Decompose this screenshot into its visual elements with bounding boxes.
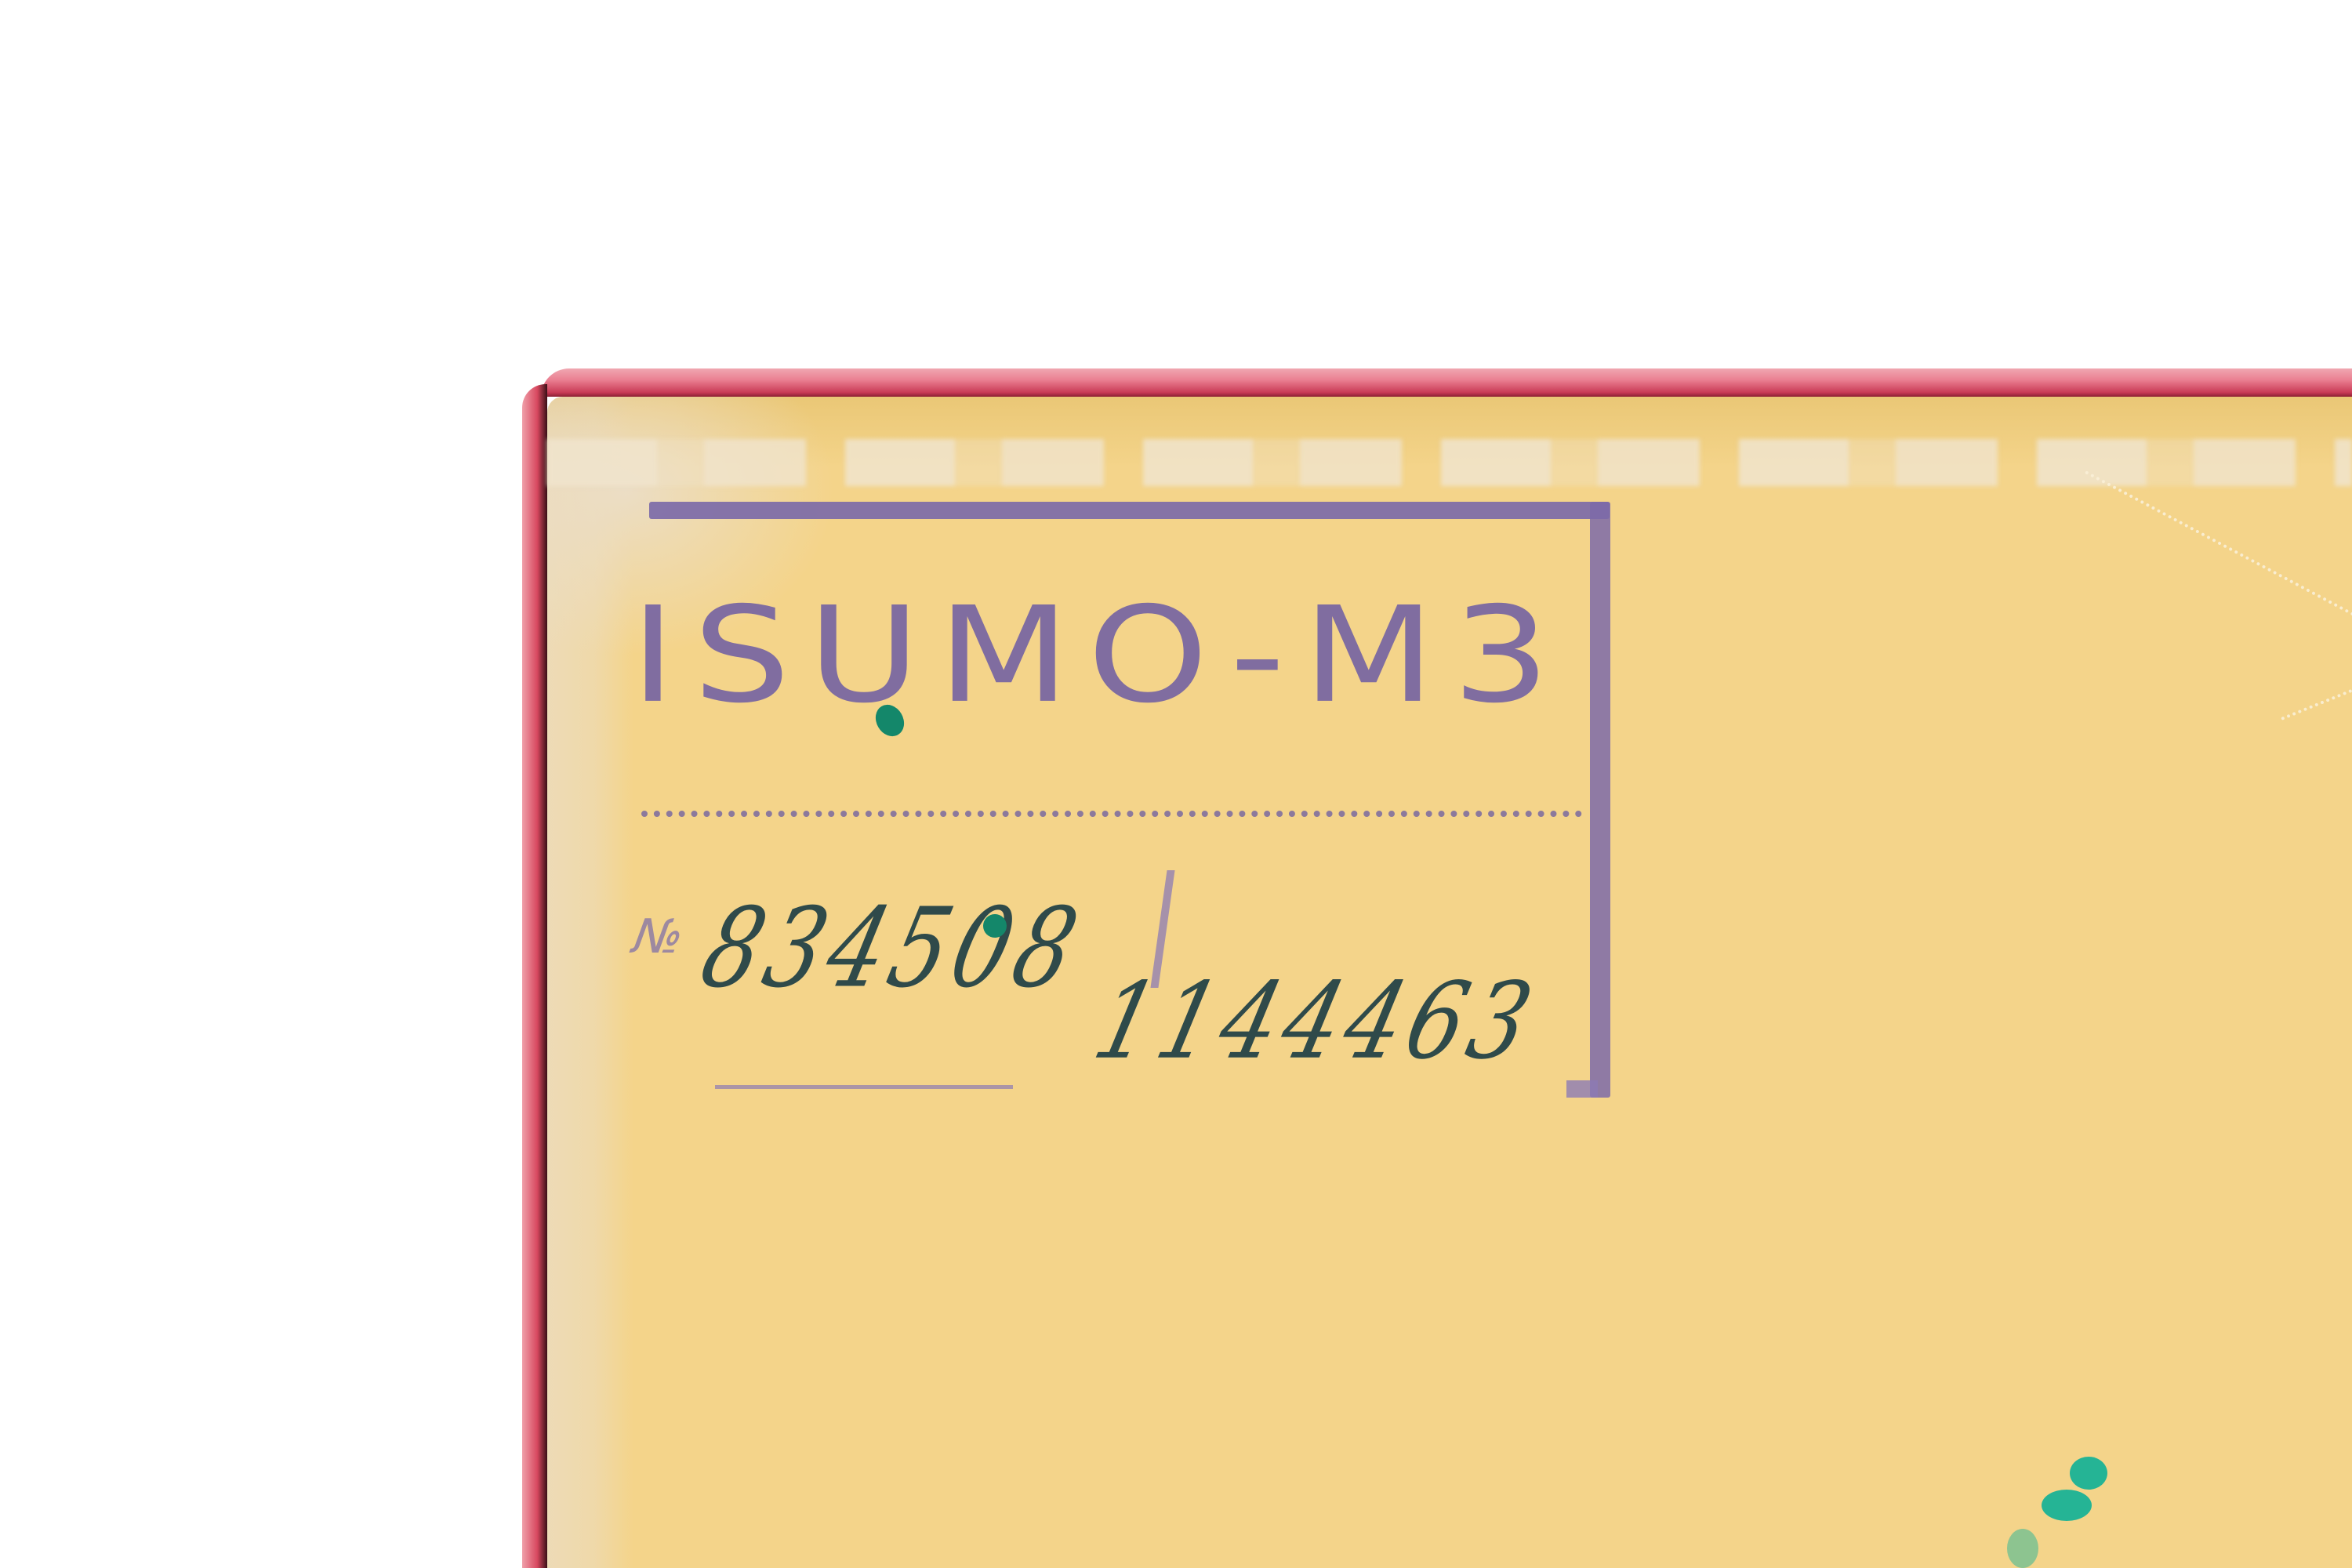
worn-paper-strip (547, 439, 2352, 486)
green-ink-smear (2007, 1529, 2038, 1568)
handwritten-serial-2: 1144463 (1085, 969, 1546, 1074)
green-ink-stain (2042, 1490, 2092, 1521)
stamp-frame-right (1590, 502, 1610, 1098)
box-lid-left-edge (522, 384, 547, 1568)
box-lid-top-edge (541, 368, 2352, 397)
green-ink-stain (2070, 1457, 2107, 1490)
stamp-title: ISUMO-M3 (630, 590, 1567, 722)
photo-scene: ISUMO-M3 № 834508 1144463 (0, 0, 2352, 1568)
stamp-frame-foot (1566, 1080, 1598, 1098)
stamp-frame-top (649, 502, 1610, 519)
stamp-dotted-line (641, 811, 1582, 817)
green-ink-stain (983, 914, 1007, 938)
stamp-bottom-line (715, 1085, 1013, 1089)
handwritten-serial-1: 834508 (692, 894, 1092, 1004)
